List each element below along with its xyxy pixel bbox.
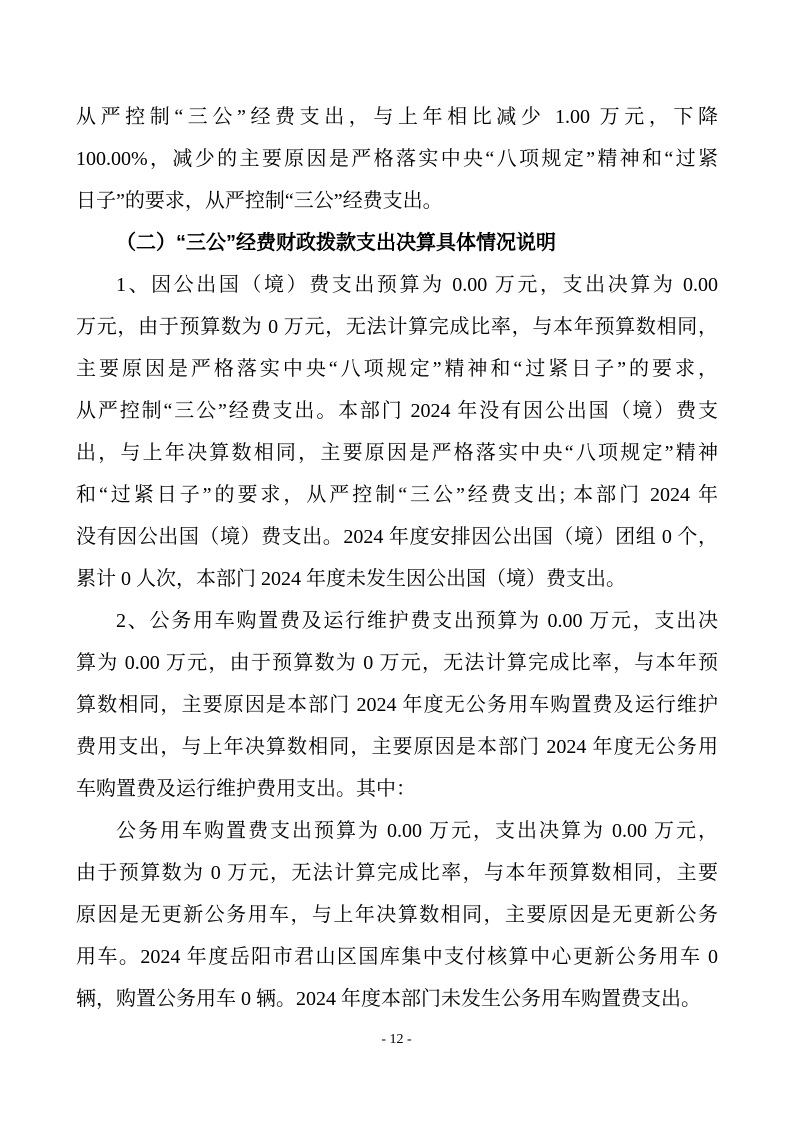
text-line: 万元，由于预算数为 0 万元，无法计算完成比率，与本年预算数相同， bbox=[76, 306, 718, 348]
text-line: 从严控制“三公”经费支出。本部门 2024 年没有因公出国（境）费支 bbox=[76, 390, 718, 432]
text-line: 累计 0 人次，本部门 2024 年度未发生因公出国（境）费支出。 bbox=[76, 558, 718, 600]
document-page: 从严控制“三公”经费支出，与上年相比减少 1.00 万元，下降 100.00%，… bbox=[0, 0, 793, 1122]
text-line: 由于预算数为 0 万元，无法计算完成比率，与本年预算数相同，主要 bbox=[76, 852, 718, 894]
text-line: 车购置费及运行维护费用支出。其中： bbox=[76, 768, 718, 810]
document-body: 从严控制“三公”经费支出，与上年相比减少 1.00 万元，下降 100.00%，… bbox=[76, 96, 718, 1020]
text-line: 没有因公出国（境）费支出。2024 年度安排因公出国（境）团组 0 个， bbox=[76, 516, 718, 558]
text-line: 公务用车购置费支出预算为 0.00 万元，支出决算为 0.00 万元， bbox=[76, 810, 718, 852]
text-line: 100.00%，减少的主要原因是严格落实中央“八项规定”精神和“过紧 bbox=[76, 138, 718, 180]
text-line: 1、因公出国（境）费支出预算为 0.00 万元，支出决算为 0.00 bbox=[76, 264, 718, 306]
text-line: 日子”的要求，从严控制“三公”经费支出。 bbox=[76, 180, 718, 222]
text-line: 原因是无更新公务用车，与上年决算数相同，主要原因是无更新公务 bbox=[76, 894, 718, 936]
text-line: 出，与上年决算数相同，主要原因是严格落实中央“八项规定”精神 bbox=[76, 432, 718, 474]
text-line: 2、公务用车购置费及运行维护费支出预算为 0.00 万元，支出决 bbox=[76, 600, 718, 642]
text-line: 费用支出，与上年决算数相同，主要原因是本部门 2024 年度无公务用 bbox=[76, 726, 718, 768]
text-line: 算数相同，主要原因是本部门 2024 年度无公务用车购置费及运行维护 bbox=[76, 684, 718, 726]
text-line: 辆，购置公务用车 0 辆。2024 年度本部门未发生公务用车购置费支出。 bbox=[76, 978, 718, 1020]
section-heading: （二）“三公”经费财政拨款支出决算具体情况说明 bbox=[76, 222, 718, 264]
text-line: 算为 0.00 万元，由于预算数为 0 万元，无法计算完成比率，与本年预 bbox=[76, 642, 718, 684]
text-line: 用车。2024 年度岳阳市君山区国库集中支付核算中心更新公务用车 0 bbox=[76, 936, 718, 978]
page-number: - 12 - bbox=[0, 1032, 793, 1048]
text-line: 和“过紧日子”的要求，从严控制“三公”经费支出; 本部门 2024 年 bbox=[76, 474, 718, 516]
text-line: 主要原因是严格落实中央“八项规定”精神和“过紧日子”的要求， bbox=[76, 348, 718, 390]
text-line: 从严控制“三公”经费支出，与上年相比减少 1.00 万元，下降 bbox=[76, 96, 718, 138]
